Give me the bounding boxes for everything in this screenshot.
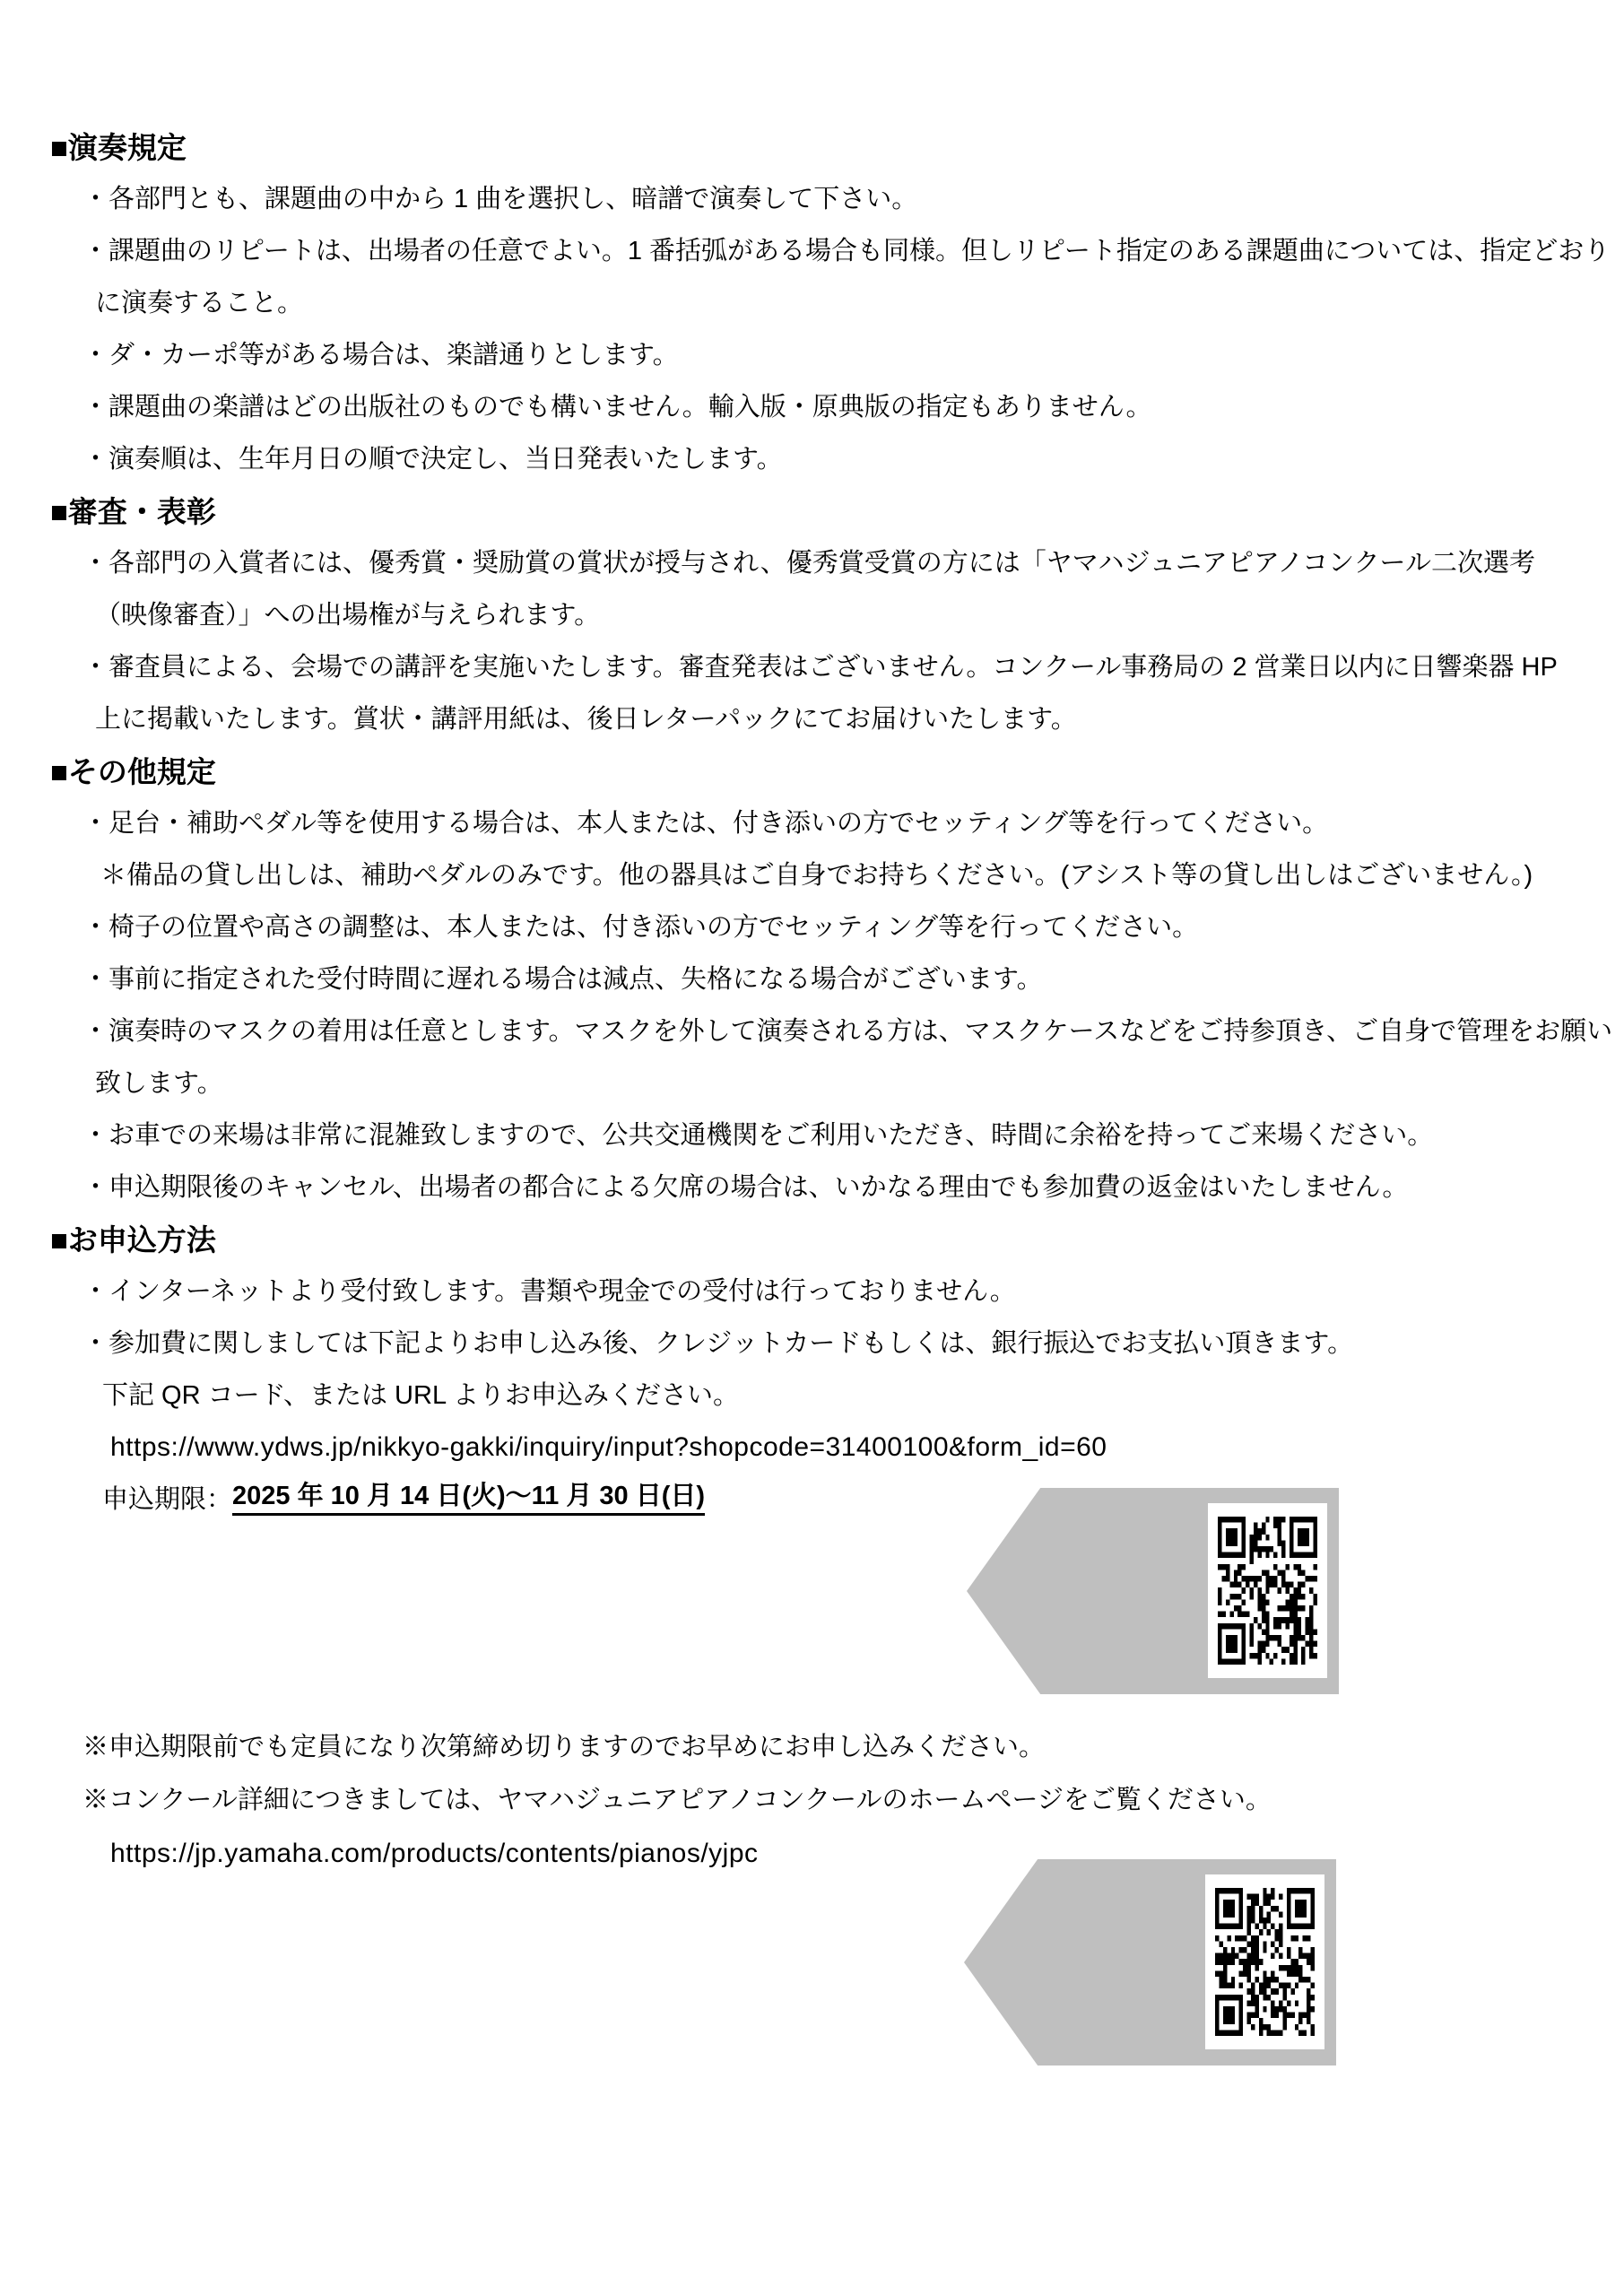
deadline-value: 2025 年 10 月 14 日(火)～11 月 30 日(日) xyxy=(232,1483,705,1516)
rule-item: ・参加費に関しましては下記よりお申し込み後、クレジットカードもしくは、銀行振込で… xyxy=(0,1318,1624,1370)
rules-document-body: ■演奏規定 ・各部門とも、課題曲の中から 1 曲を選択し、暗譜で演奏して下さい。… xyxy=(0,121,1624,1526)
rule-item: ・演奏時のマスクの着用は任意とします。マスクを外して演奏される方は、マスクケース… xyxy=(0,1005,1624,1057)
application-deadline-line: 申込期限：2025 年 10 月 14 日(火)～11 月 30 日(日) xyxy=(0,1474,1624,1526)
qr-arrow-tag-homepage xyxy=(964,1859,1336,2066)
qr-plate xyxy=(1208,1503,1327,1678)
rule-item-continuation: （映像審査）」への出場権が与えられます。 xyxy=(0,589,1624,641)
rule-item-continuation: に演奏すること。 xyxy=(0,277,1624,329)
qr-code-application-form xyxy=(1218,1517,1317,1665)
yjpc-homepage-url-text: https://jp.yamaha.com/products/contents/… xyxy=(0,1827,1624,1880)
rule-item-continuation: 上に掲載いたします。賞状・講評用紙は、後日レターパックにてお届けいたします。 xyxy=(0,693,1624,745)
footnote-item: ※コンクール詳細につきましては、ヤマハジュニアピアノコンクールのホームページをご… xyxy=(0,1774,1624,1827)
rule-item: ・椅子の位置や高さの調整は、本人または、付き添いの方でセッティング等を行ってくだ… xyxy=(0,901,1624,953)
qr-plate xyxy=(1205,1874,1324,2049)
rule-item: ・インターネットより受付致します。書類や現金での受付は行っておりません。 xyxy=(0,1265,1624,1318)
deadline-label: 申込期限： xyxy=(102,1487,232,1513)
apply-instruction-line: 下記 QR コード、または URL よりお申込みください。 xyxy=(0,1370,1624,1422)
rule-item: ・演奏順は、生年月日の順で決定し、当日発表いたします。 xyxy=(0,433,1624,485)
rule-item: ・足台・補助ペダル等を使用する場合は、本人または、付き添いの方でセッティング等を… xyxy=(0,797,1624,849)
qr-arrow-tag-application xyxy=(967,1488,1339,1694)
rule-item: ・事前に指定された受付時間に遅れる場合は減点、失格になる場合がございます。 xyxy=(0,953,1624,1005)
section-heading-performance-rules: ■演奏規定 xyxy=(0,121,1624,173)
rule-item: ・審査員による、会場での講評を実施いたします。審査発表はございません。コンクール… xyxy=(0,641,1624,693)
rule-item-note: ＊備品の貸し出しは、補助ペダルのみです。他の器具はご自身でお持ちください。(アシ… xyxy=(0,849,1624,901)
qr-code-yjpc-homepage xyxy=(1215,1888,1315,2036)
section-heading-application-method: ■お申込方法 xyxy=(0,1213,1624,1265)
rule-item: ・お車での来場は非常に混雑致しますので、公共交通機関をご利用いただき、時間に余裕… xyxy=(0,1109,1624,1161)
rule-item: ・課題曲の楽譜はどの出版社のものでも構いません。輸入版・原典版の指定もありません… xyxy=(0,381,1624,433)
rule-item-continuation: 致します。 xyxy=(0,1057,1624,1109)
footnote-item: ※申込期限前でも定員になり次第締め切りますのでお早めにお申し込みください。 xyxy=(0,1721,1624,1774)
footnotes-block: ※申込期限前でも定員になり次第締め切りますのでお早めにお申し込みください。 ※コ… xyxy=(0,1721,1624,1880)
rule-item: ・各部門とも、課題曲の中から 1 曲を選択し、暗譜で演奏して下さい。 xyxy=(0,173,1624,225)
application-url-text: https://www.ydws.jp/nikkyo-gakki/inquiry… xyxy=(0,1422,1624,1474)
rule-item: ・申込期限後のキャンセル、出場者の都合による欠席の場合は、いかなる理由でも参加費… xyxy=(0,1161,1624,1213)
rule-item: ・各部門の入賞者には、優秀賞・奨励賞の賞状が授与され、優秀賞受賞の方には「ヤマハ… xyxy=(0,537,1624,589)
rule-item: ・ダ・カーポ等がある場合は、楽譜通りとします。 xyxy=(0,329,1624,381)
flyer-page: ■演奏規定 ・各部門とも、課題曲の中から 1 曲を選択し、暗譜で演奏して下さい。… xyxy=(0,0,1624,2296)
section-heading-other-rules: ■その他規定 xyxy=(0,745,1624,797)
section-heading-judging-awards: ■審査・表彰 xyxy=(0,485,1624,537)
rule-item: ・課題曲のリピートは、出場者の任意でよい。1 番括弧がある場合も同様。但しリピー… xyxy=(0,225,1624,277)
